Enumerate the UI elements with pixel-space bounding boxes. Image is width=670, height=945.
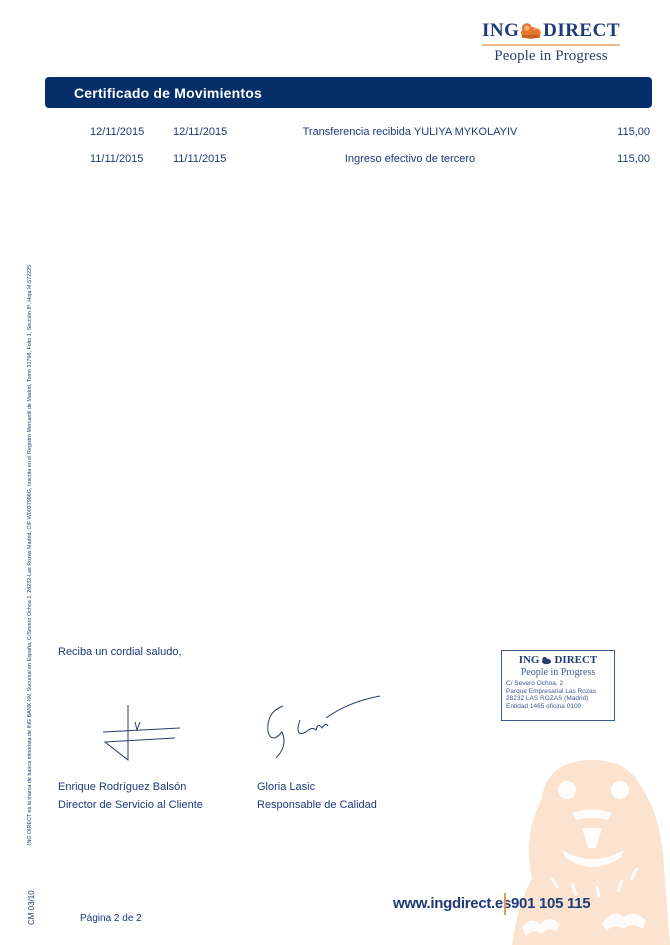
stamp-tagline: People in Progress bbox=[506, 667, 610, 678]
phone-number: 901 105 115 bbox=[511, 895, 590, 912]
amount: 115,00 bbox=[617, 153, 650, 165]
stamp-line: 28232 LAS ROZAS (Madrid) bbox=[506, 695, 610, 703]
greeting: Reciba un cordial saludo, bbox=[58, 646, 182, 658]
document-title: Certificado de Movimientos bbox=[74, 85, 262, 101]
concept: Ingreso efectivo de tercero bbox=[290, 153, 530, 165]
signature-enrique bbox=[95, 700, 187, 768]
table-row: 12/11/2015 12/11/2015 Transferencia reci… bbox=[0, 126, 670, 153]
stamp-address: C/ Severo Ochoa, 2 Parque Empresarial La… bbox=[506, 680, 610, 710]
signer-role: Director de Servicio al Cliente bbox=[58, 796, 203, 814]
stamp-line: Parque Empresarial Las Rozas bbox=[506, 688, 610, 696]
lion-icon bbox=[541, 656, 552, 665]
table-row: 11/11/2015 11/11/2015 Ingreso efectivo d… bbox=[0, 153, 670, 180]
operation-date: 12/11/2015 bbox=[90, 126, 144, 138]
logo-word-direct: DIRECT bbox=[543, 20, 620, 42]
logo-word-ing: ING bbox=[482, 20, 519, 42]
signer-2: Gloria Lasic Responsable de Calidad bbox=[257, 778, 377, 814]
stamp-line: Entidad 1465 oficina 0100 bbox=[506, 703, 610, 711]
lion-icon bbox=[519, 22, 543, 40]
logo-tagline: People in Progress bbox=[482, 48, 620, 65]
logo-divider bbox=[482, 44, 620, 46]
amount: 115,00 bbox=[617, 126, 650, 138]
signer-role: Responsable de Calidad bbox=[257, 796, 377, 814]
page-number: Página 2 de 2 bbox=[80, 913, 142, 924]
signer-name: Gloria Lasic bbox=[257, 778, 377, 796]
value-date: 12/11/2015 bbox=[173, 126, 227, 138]
footer-divider bbox=[504, 893, 506, 915]
ing-direct-logo: ING DIRECT People in Progress bbox=[482, 20, 620, 68]
bank-stamp: ING DIRECT People in Progress C/ Severo … bbox=[501, 650, 615, 721]
stamp-line: C/ Severo Ochoa, 2 bbox=[506, 680, 610, 688]
signature-gloria bbox=[258, 692, 388, 762]
form-code: CM 03/10 bbox=[27, 890, 36, 925]
signer-1: Enrique Rodríguez Balsón Director de Ser… bbox=[58, 778, 203, 814]
value-date: 11/11/2015 bbox=[173, 153, 226, 165]
operation-date: 11/11/2015 bbox=[90, 153, 143, 165]
concept: Transferencia recibida YULIYA MYKOLAYIV bbox=[290, 126, 530, 138]
stamp-word-direct: DIRECT bbox=[554, 654, 597, 666]
side-legal-text: ING DIRECT es la marca de banca minorist… bbox=[27, 100, 33, 845]
lion-watermark-icon bbox=[512, 758, 670, 945]
signer-name: Enrique Rodríguez Balsón bbox=[58, 778, 203, 796]
website-link[interactable]: www.ingdirect.es bbox=[393, 895, 511, 912]
stamp-word-ing: ING bbox=[519, 654, 540, 666]
title-bar: Certificado de Movimientos bbox=[45, 77, 652, 108]
movements-table: 12/11/2015 12/11/2015 Transferencia reci… bbox=[0, 126, 670, 180]
